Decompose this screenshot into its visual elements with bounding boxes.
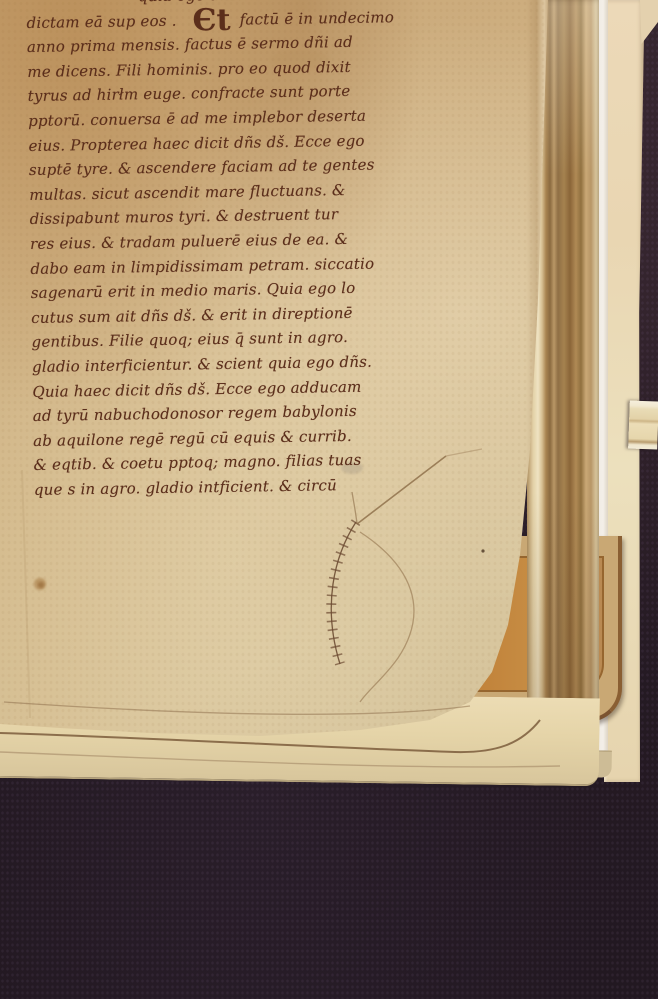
manuscript-lines: anno prima mensis. factus ē sermo dñi ad… xyxy=(27,28,464,502)
manuscript-line-fragment: factū ē in undecimo xyxy=(240,8,395,28)
manuscript-line-fragment: dictam eā sup eos . xyxy=(26,11,176,31)
manuscript-photo: quia ego dñs. cū dedero uin dictam eā su… xyxy=(0,0,658,999)
clasp-strap xyxy=(628,401,658,450)
decorated-initial-et: Єt xyxy=(192,10,230,31)
manuscript-text-block: quia ego dñs. cū dedero uin dictam eā su… xyxy=(26,0,464,502)
cover-board-top-corner xyxy=(640,0,658,44)
